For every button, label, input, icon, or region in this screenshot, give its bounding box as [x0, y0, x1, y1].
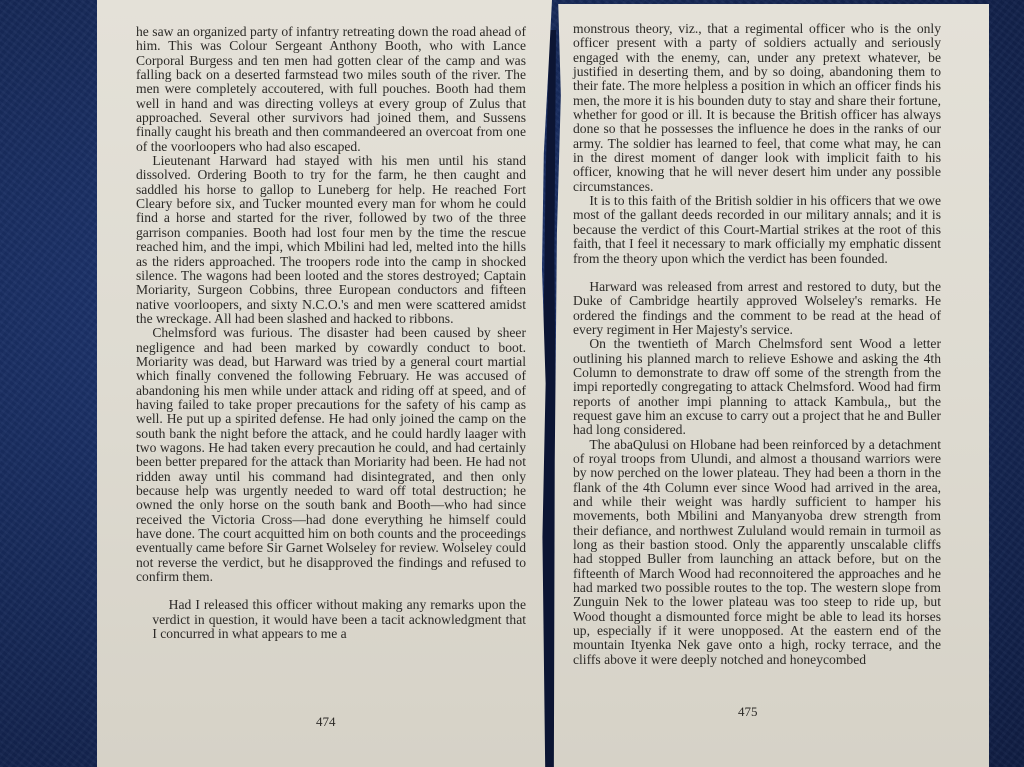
paragraph: Chelmsford was furious. The disaster had… — [136, 326, 526, 584]
left-page: he saw an organized party of infantry re… — [97, 0, 552, 767]
block-quote: It is to this faith of the British soldi… — [573, 194, 941, 266]
right-page: monstrous theory, viz., that a regimenta… — [553, 4, 989, 767]
block-quote: monstrous theory, viz., that a regimenta… — [573, 22, 941, 194]
page-number: 474 — [316, 714, 336, 730]
page-number: 475 — [738, 704, 758, 720]
paragraph: he saw an organized party of infantry re… — [136, 25, 526, 154]
paragraph: Harward was released from arrest and res… — [573, 280, 941, 337]
block-quote: Had I released this officer without maki… — [136, 598, 526, 641]
paragraph: The abaQulusi on Hlobane had been reinfo… — [573, 438, 941, 668]
right-page-body: monstrous theory, viz., that a regimenta… — [573, 22, 941, 667]
paragraph: Lieutenant Harward had stayed with his m… — [136, 154, 526, 326]
left-page-body: he saw an organized party of infantry re… — [136, 25, 526, 641]
paragraph: On the twentieth of March Chelmsford sen… — [573, 337, 941, 437]
